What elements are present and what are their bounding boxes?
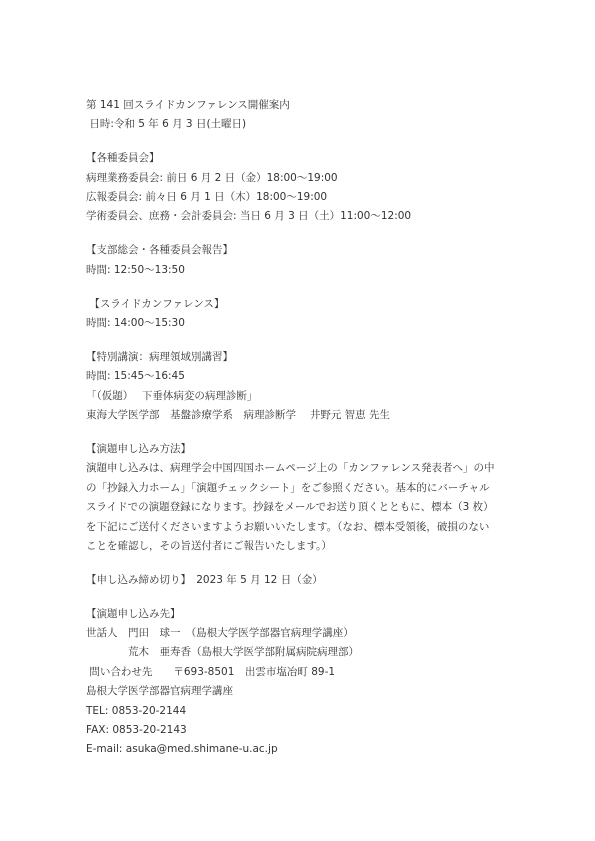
contact-email: E-mail: asuka@med.shimane-u.ac.jp bbox=[86, 740, 516, 759]
special-lecture-time: 時間: 15:45〜16:45 bbox=[86, 367, 516, 386]
contact-organizer-2: 荒木 亜寿香（島根大学医学部附属病院病理部） bbox=[86, 643, 516, 662]
slide-conference-time: 時間: 14:00〜15:30 bbox=[86, 314, 516, 333]
submission-method-line: 演題申し込みは、病理学会中国四国ホームページ上の「カンファレンス発表者へ」の中 bbox=[86, 459, 516, 478]
contact-department: 島根大学医学部器官病理学講座 bbox=[86, 682, 516, 701]
contact-tel: TEL: 0853-20-2144 bbox=[86, 702, 516, 721]
contact-address: 問い合わせ先 〒693-8501 出雲市塩冶町 89-1 bbox=[86, 663, 516, 682]
special-lecture-speaker: 東海大学医学部 基盤診療学系 病理診断学 井野元 智恵 先生 bbox=[86, 406, 516, 425]
submission-method-line: を下記にご送付くださいますようお願いいたします。（なお、標本受領後，破損のない bbox=[86, 518, 516, 537]
committee-item: 病理業務委員会: 前日 6 月 2 日（金）18:00〜19:00 bbox=[86, 169, 516, 188]
submission-method-line: ことを確認し，その旨送付者にご報告いたします。） bbox=[86, 537, 516, 556]
document-title: 第 141 回スライドカンファレンス開催案内 bbox=[86, 96, 516, 115]
spacer bbox=[86, 556, 516, 571]
slide-conference-heading: 【スライドカンファレンス】 bbox=[86, 295, 516, 314]
submission-method-line: の「抄録入力ホーム」「演題チェックシート」をご参照ください。基本的にバーチャル bbox=[86, 479, 516, 498]
committees-heading: 【各種委員会】 bbox=[86, 149, 516, 168]
event-date: 日時:令和 5 年 6 月 3 日(土曜日) bbox=[86, 115, 516, 134]
deadline: 【申し込み締め切り】 2023 年 5 月 12 日（金） bbox=[86, 571, 516, 590]
submission-method-heading: 【演題申し込み方法】 bbox=[86, 440, 516, 459]
contact-fax: FAX: 0853-20-2143 bbox=[86, 721, 516, 740]
spacer bbox=[86, 280, 516, 295]
special-lecture-title: 「（仮題） 下垂体病変の病理診断」 bbox=[86, 387, 516, 406]
general-meeting-heading: 【支部総会・各種委員会報告】 bbox=[86, 241, 516, 260]
committee-item: 広報委員会: 前々日 6 月 1 日（木）18:00〜19:00 bbox=[86, 188, 516, 207]
special-lecture-heading: 【特別講演：病理領域別講習】 bbox=[86, 348, 516, 367]
spacer bbox=[86, 333, 516, 348]
spacer bbox=[86, 227, 516, 242]
contact-organizer-1: 世話人 門田 球一 （島根大学医学部器官病理学講座） bbox=[86, 624, 516, 643]
spacer bbox=[86, 590, 516, 605]
spacer bbox=[86, 135, 516, 150]
document-page: 第 141 回スライドカンファレンス開催案内 日時:令和 5 年 6 月 3 日… bbox=[0, 0, 595, 841]
committee-item: 学術委員会、庶務・会計委員会: 当日 6 月 3 日（土）11:00〜12:00 bbox=[86, 207, 516, 226]
document-body: 第 141 回スライドカンファレンス開催案内 日時:令和 5 年 6 月 3 日… bbox=[86, 96, 516, 760]
submission-method-line: スライドでの演題登録になります。抄録をメールでお送り頂くとともに、標本（3 枚） bbox=[86, 498, 516, 517]
contact-heading: 【演題申し込み先】 bbox=[86, 605, 516, 624]
general-meeting-time: 時間: 12:50〜13:50 bbox=[86, 261, 516, 280]
spacer bbox=[86, 425, 516, 440]
